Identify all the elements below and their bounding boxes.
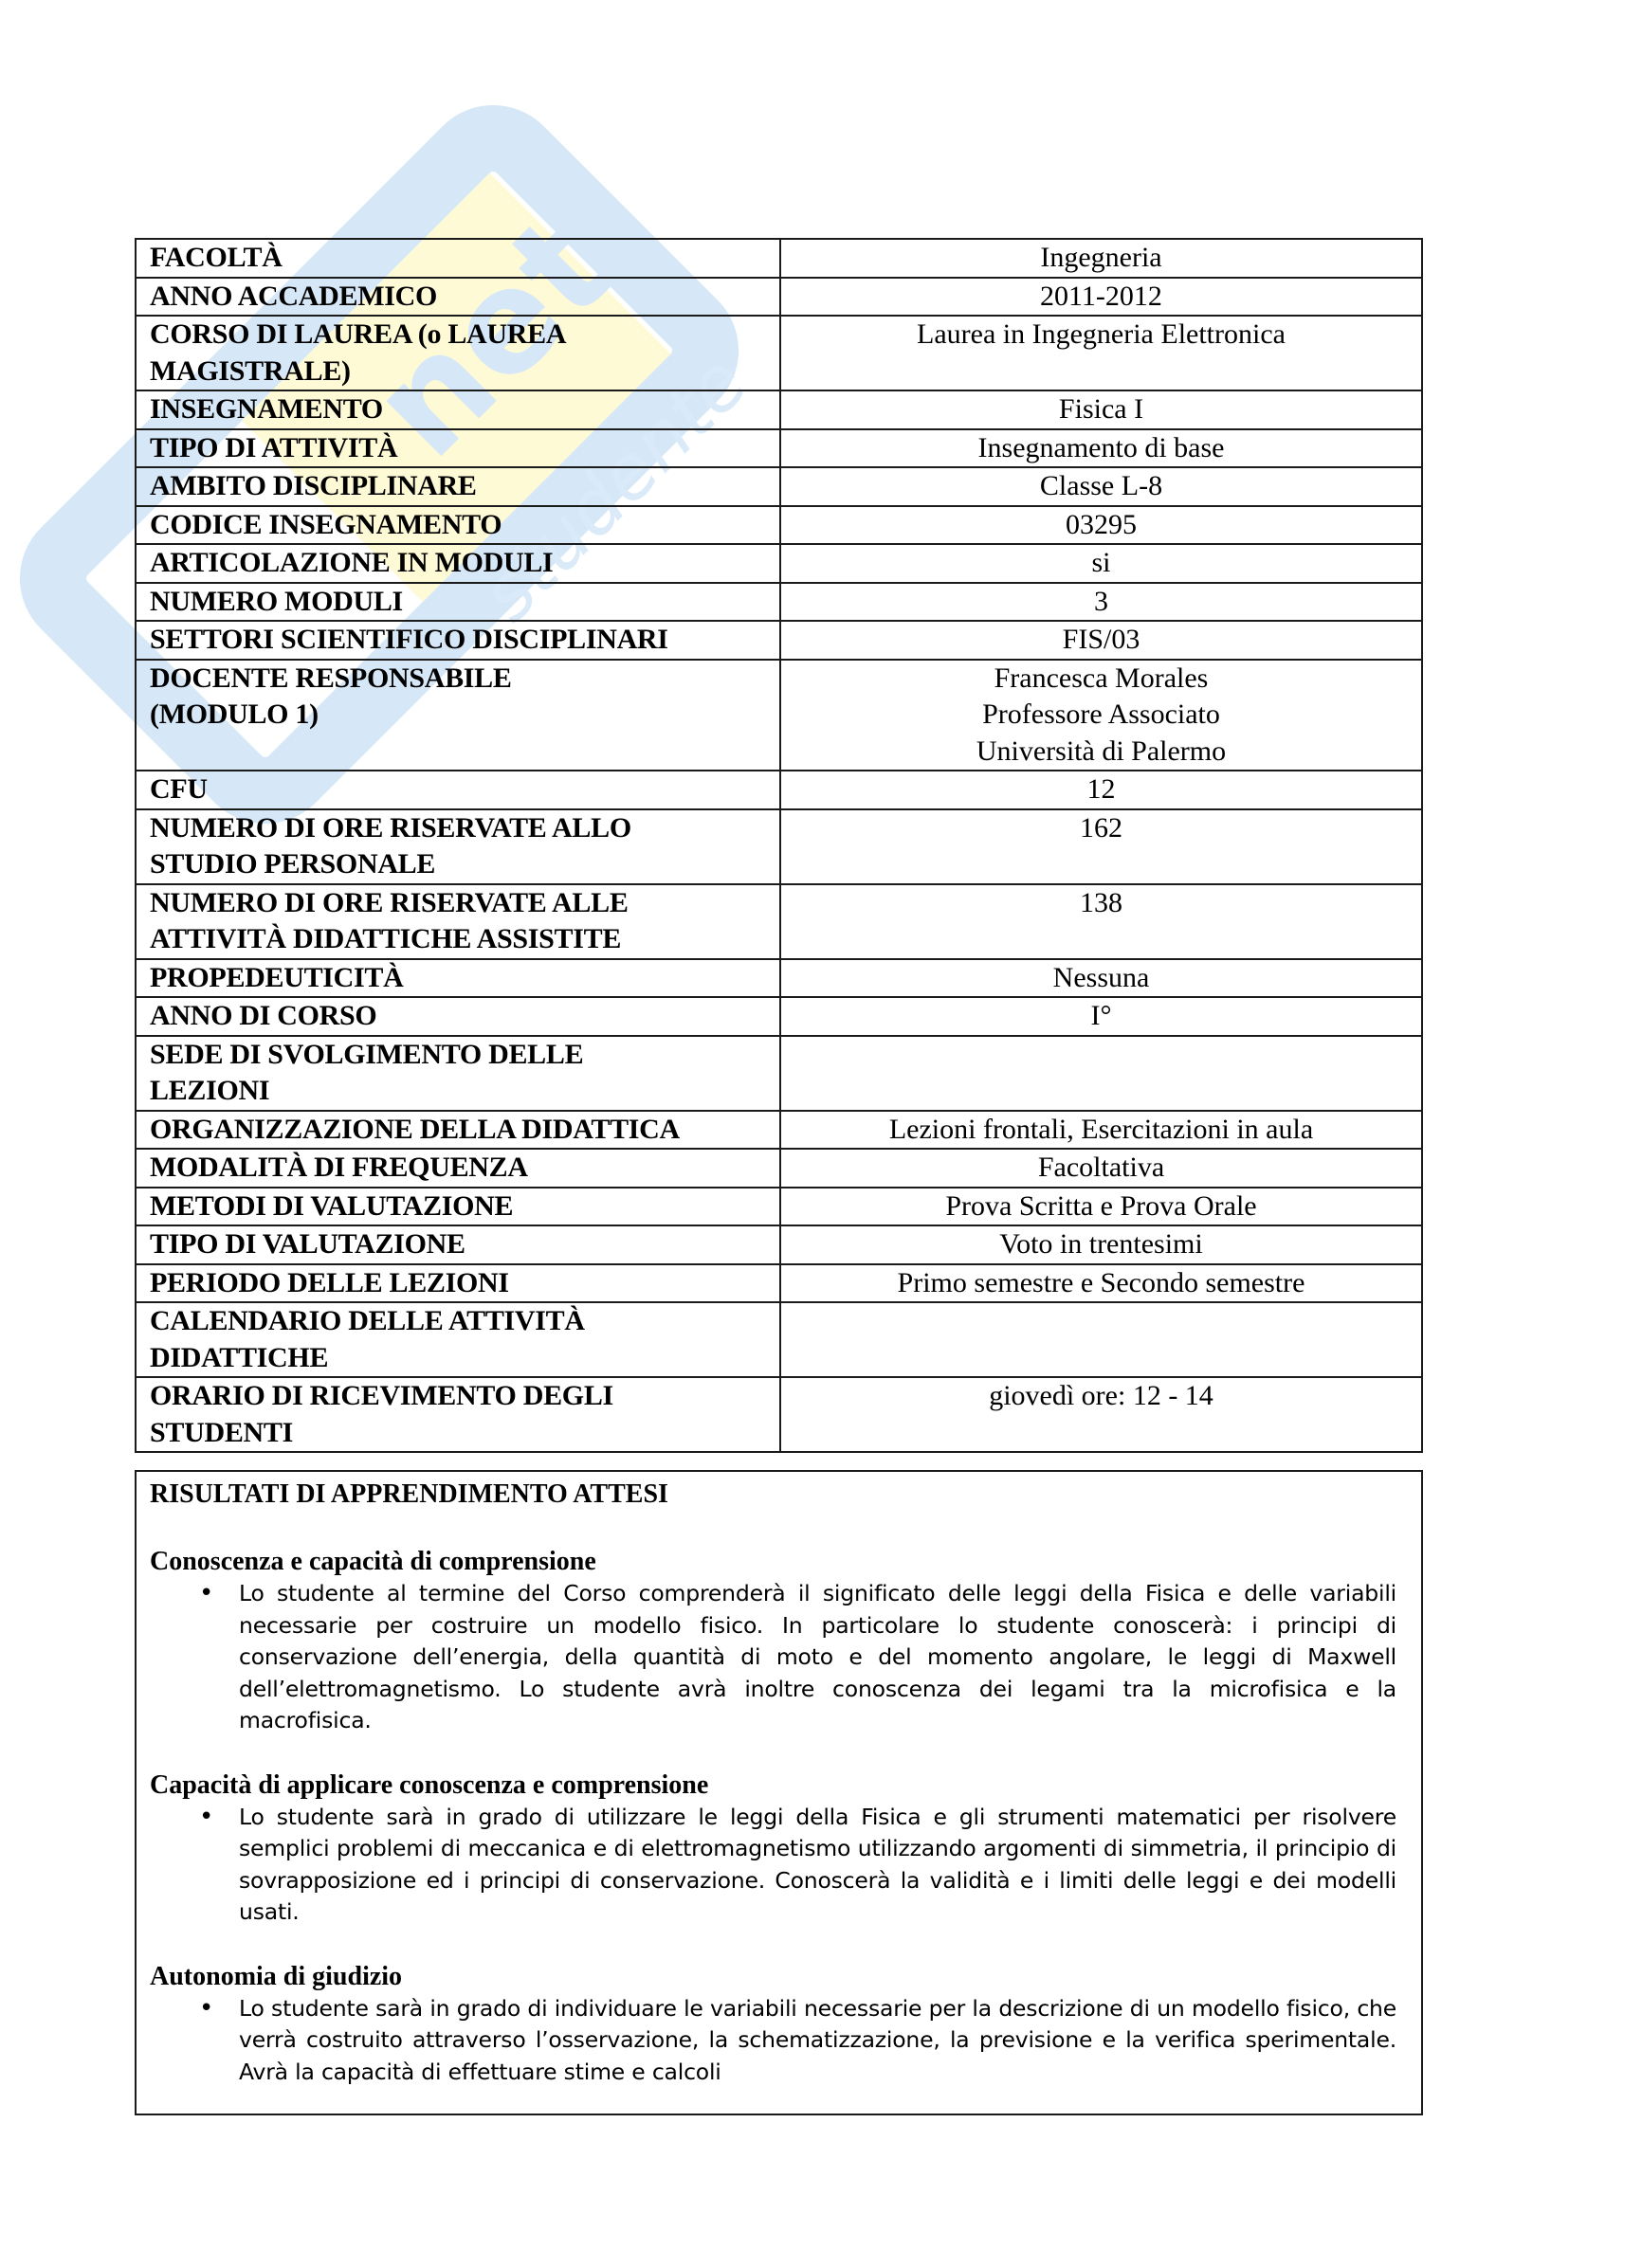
table-row: SETTORI SCIENTIFICO DISCIPLINARIFIS/03 xyxy=(136,621,1422,660)
learning-outcomes-title: RISULTATI DI APPRENDIMENTO ATTESI xyxy=(150,1478,1396,1512)
bullet-list: •Lo studente sarà in grado di individuar… xyxy=(150,1993,1396,2089)
table-row: SEDE DI SVOLGIMENTO DELLELEZIONI xyxy=(136,1036,1422,1111)
field-value: Fisica I xyxy=(780,390,1422,429)
table-row: CODICE INSEGNAMENTO03295 xyxy=(136,506,1422,545)
table-row: TIPO DI VALUTAZIONEVoto in trentesimi xyxy=(136,1225,1422,1264)
field-value xyxy=(780,1302,1422,1377)
table-row: ANNO ACCADEMICO2011-2012 xyxy=(136,278,1422,317)
section-heading: Capacità di applicare conoscenza e compr… xyxy=(150,1769,1396,1802)
field-label: SETTORI SCIENTIFICO DISCIPLINARI xyxy=(136,621,780,660)
field-label: PROPEDEUTICITÀ xyxy=(136,959,780,998)
field-value: 3 xyxy=(780,583,1422,622)
field-value: Ingegneria xyxy=(780,239,1422,278)
field-label: ANNO ACCADEMICO xyxy=(136,278,780,317)
learning-outcomes-sections: Conoscenza e capacità di comprensione•Lo… xyxy=(150,1546,1396,2088)
field-label: SEDE DI SVOLGIMENTO DELLELEZIONI xyxy=(136,1036,780,1111)
field-label: INSEGNAMENTO xyxy=(136,390,780,429)
field-value: Lezioni frontali, Esercitazioni in aula xyxy=(780,1111,1422,1150)
table-row: TIPO DI ATTIVITÀInsegnamento di base xyxy=(136,429,1422,468)
field-value: 03295 xyxy=(780,506,1422,545)
table-row: INSEGNAMENTOFisica I xyxy=(136,390,1422,429)
field-label: DOCENTE RESPONSABILE(MODULO 1) xyxy=(136,660,780,771)
field-label: MODALITÀ DI FREQUENZA xyxy=(136,1149,780,1188)
field-value: Classe L-8 xyxy=(780,467,1422,506)
table-row: METODI DI VALUTAZIONEProva Scritta e Pro… xyxy=(136,1188,1422,1226)
field-label: ORGANIZZAZIONE DELLA DIDATTICA xyxy=(136,1111,780,1150)
field-label: NUMERO DI ORE RISERVATE ALLEATTIVITÀ DID… xyxy=(136,884,780,959)
table-row: FACOLTÀIngegneria xyxy=(136,239,1422,278)
table-row: CALENDARIO DELLE ATTIVITÀDIDATTICHE xyxy=(136,1302,1422,1377)
field-value: 12 xyxy=(780,771,1422,809)
table-row: ANNO DI CORSOI° xyxy=(136,997,1422,1036)
section-heading: Autonomia di giudizio xyxy=(150,1961,1396,1993)
table-row: NUMERO DI ORE RISERVATE ALLOSTUDIO PERSO… xyxy=(136,809,1422,884)
bullet-list: •Lo studente sarà in grado di utilizzare… xyxy=(150,1802,1396,1929)
field-value: 162 xyxy=(780,809,1422,884)
field-value: Laurea in Ingegneria Elettronica xyxy=(780,316,1422,390)
table-row: NUMERO MODULI3 xyxy=(136,583,1422,622)
field-label: CORSO DI LAUREA (o LAUREAMAGISTRALE) xyxy=(136,316,780,390)
field-value: FIS/03 xyxy=(780,621,1422,660)
field-value: Facoltativa xyxy=(780,1149,1422,1188)
list-item: •Lo studente sarà in grado di individuar… xyxy=(239,1993,1396,2089)
table-row: AMBITO DISCIPLINAREClasse L-8 xyxy=(136,467,1422,506)
field-value xyxy=(780,1036,1422,1111)
field-label: TIPO DI ATTIVITÀ xyxy=(136,429,780,468)
bullet-icon: • xyxy=(199,1802,213,1834)
field-label: FACOLTÀ xyxy=(136,239,780,278)
field-label: CODICE INSEGNAMENTO xyxy=(136,506,780,545)
field-label: CFU xyxy=(136,771,780,809)
field-label: PERIODO DELLE LEZIONI xyxy=(136,1264,780,1303)
table-row: PERIODO DELLE LEZIONIPrimo semestre e Se… xyxy=(136,1264,1422,1303)
field-value: giovedì ore: 12 - 14 xyxy=(780,1377,1422,1452)
field-label: ORARIO DI RICEVIMENTO DEGLISTUDENTI xyxy=(136,1377,780,1452)
field-value: Insegnamento di base xyxy=(780,429,1422,468)
field-value: Primo semestre e Secondo semestre xyxy=(780,1264,1422,1303)
list-item: •Lo studente sarà in grado di utilizzare… xyxy=(239,1802,1396,1929)
field-label: ARTICOLAZIONE IN MODULI xyxy=(136,544,780,583)
table-row: CORSO DI LAUREA (o LAUREAMAGISTRALE)Laur… xyxy=(136,316,1422,390)
bullet-icon: • xyxy=(199,1578,213,1610)
field-value: Voto in trentesimi xyxy=(780,1225,1422,1264)
table-row: ORARIO DI RICEVIMENTO DEGLISTUDENTIgiove… xyxy=(136,1377,1422,1452)
table-row: MODALITÀ DI FREQUENZAFacoltativa xyxy=(136,1149,1422,1188)
bullet-list: •Lo studente al termine del Corso compre… xyxy=(150,1578,1396,1737)
field-label: AMBITO DISCIPLINARE xyxy=(136,467,780,506)
learning-outcomes-box: RISULTATI DI APPRENDIMENTO ATTESI Conosc… xyxy=(135,1470,1423,2115)
field-label: NUMERO DI ORE RISERVATE ALLOSTUDIO PERSO… xyxy=(136,809,780,884)
table-row: NUMERO DI ORE RISERVATE ALLEATTIVITÀ DID… xyxy=(136,884,1422,959)
field-value: 2011-2012 xyxy=(780,278,1422,317)
field-value: Nessuna xyxy=(780,959,1422,998)
table-row: ARTICOLAZIONE IN MODULIsi xyxy=(136,544,1422,583)
table-row: CFU12 xyxy=(136,771,1422,809)
table-row: ORGANIZZAZIONE DELLA DIDATTICALezioni fr… xyxy=(136,1111,1422,1150)
field-label: METODI DI VALUTAZIONE xyxy=(136,1188,780,1226)
field-label: ANNO DI CORSO xyxy=(136,997,780,1036)
field-value: si xyxy=(780,544,1422,583)
table-row: PROPEDEUTICITÀNessuna xyxy=(136,959,1422,998)
bullet-icon: • xyxy=(199,1993,213,2025)
table-row: DOCENTE RESPONSABILE(MODULO 1)Francesca … xyxy=(136,660,1422,771)
field-value: I° xyxy=(780,997,1422,1036)
list-item: •Lo studente al termine del Corso compre… xyxy=(239,1578,1396,1737)
field-value: 138 xyxy=(780,884,1422,959)
field-label: CALENDARIO DELLE ATTIVITÀDIDATTICHE xyxy=(136,1302,780,1377)
field-label: NUMERO MODULI xyxy=(136,583,780,622)
field-label: TIPO DI VALUTAZIONE xyxy=(136,1225,780,1264)
course-info-table: FACOLTÀIngegneriaANNO ACCADEMICO2011-201… xyxy=(135,238,1423,1453)
section-heading: Conoscenza e capacità di comprensione xyxy=(150,1546,1396,1578)
field-value: Francesca MoralesProfessore AssociatoUni… xyxy=(780,660,1422,771)
field-value: Prova Scritta e Prova Orale xyxy=(780,1188,1422,1226)
